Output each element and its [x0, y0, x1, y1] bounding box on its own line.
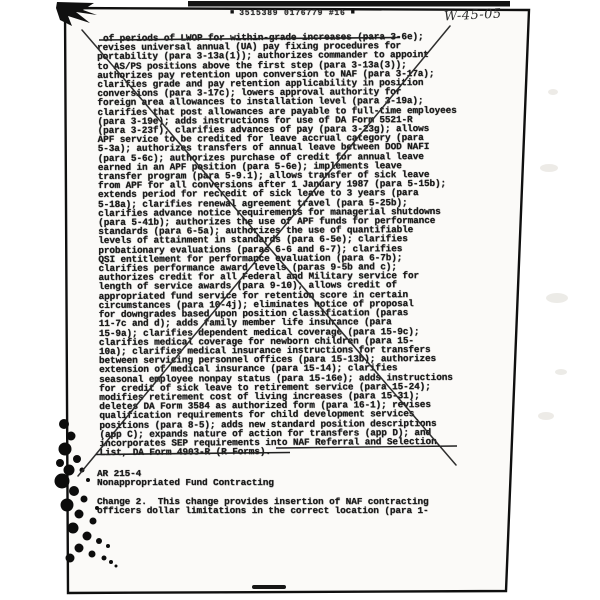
strikethrough-first-line	[99, 38, 400, 41]
underline-referral-list	[276, 446, 457, 448]
cross-out-x	[78, 26, 456, 476]
scanned-document-page: ■ 3515389 0176779 #16 ■ W-45-05 of perio…	[0, 0, 600, 600]
strikethrough-last-line	[96, 453, 290, 455]
cross-out-overlay	[0, 0, 600, 600]
